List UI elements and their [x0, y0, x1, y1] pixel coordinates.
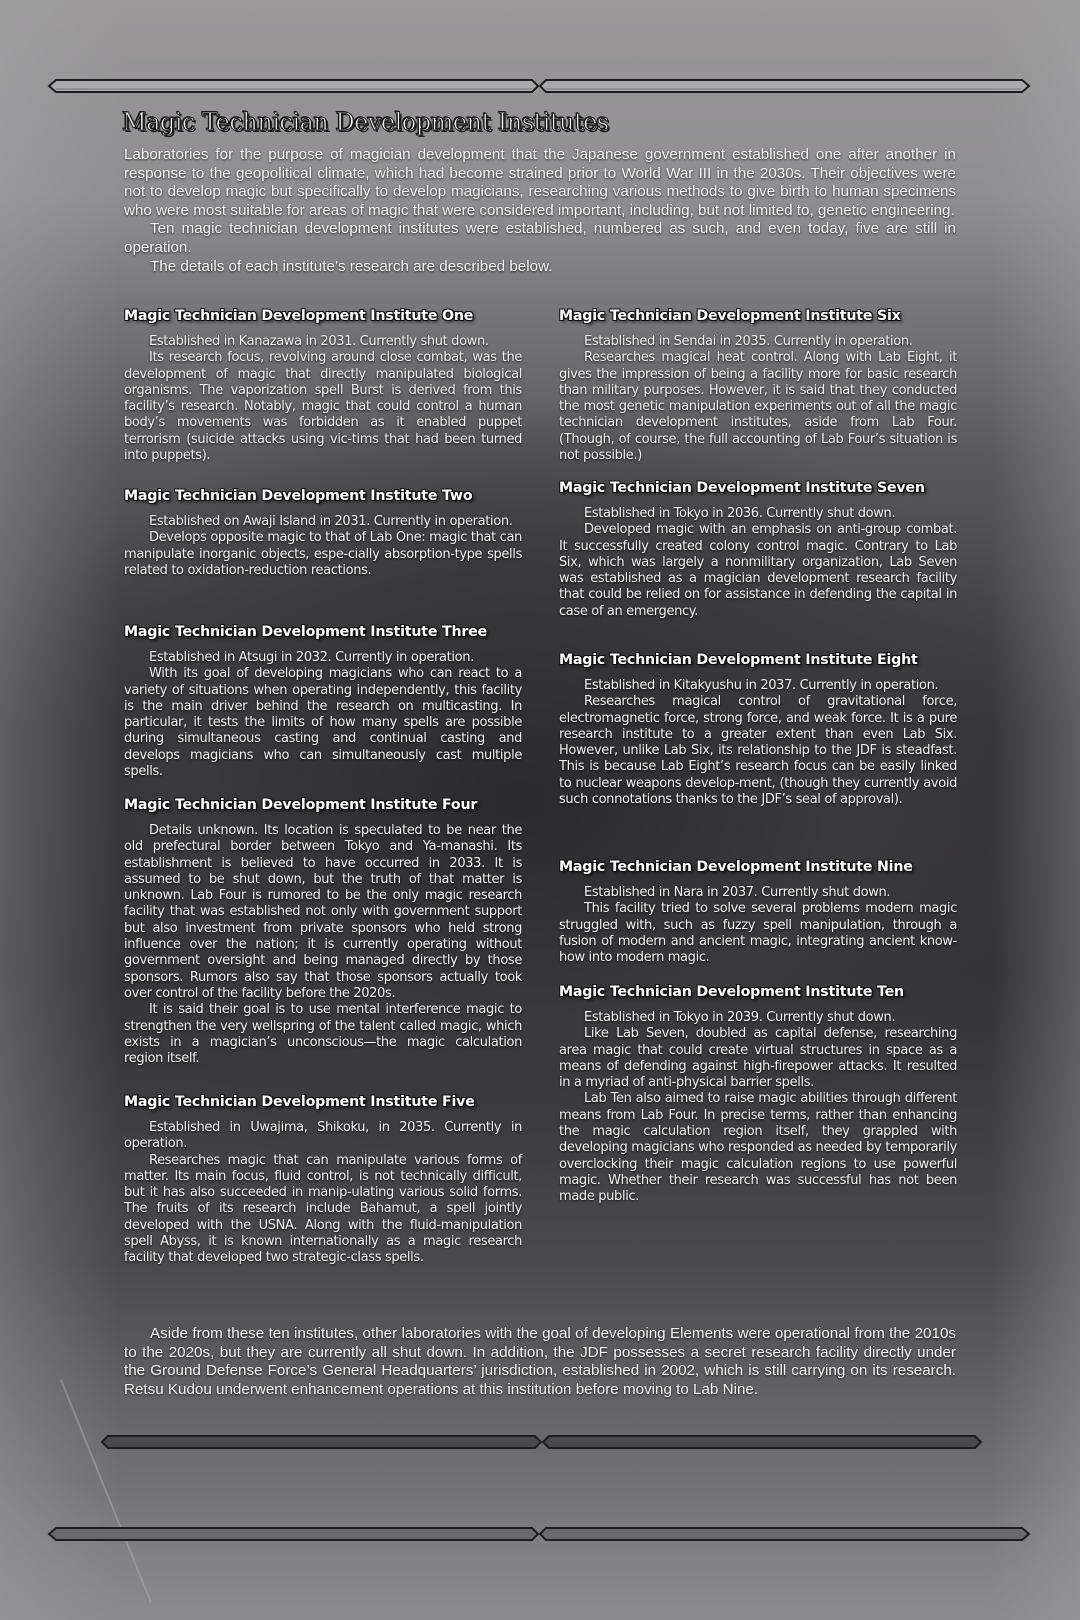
institute-ten: Magic Technician Development Institute T…: [559, 984, 957, 1206]
section-paragraph: It is said their goal is to use mental i…: [124, 1002, 522, 1067]
right-column: Magic Technician Development Institute S…: [559, 308, 957, 1206]
section-paragraph: Established in Nara in 2037. Currently s…: [559, 885, 957, 901]
intro-paragraph: Ten magic technician development institu…: [124, 220, 956, 257]
section-paragraph: Established in Tokyo in 2036. Currently …: [559, 506, 957, 522]
ornamental-divider-top: [44, 79, 1034, 93]
section-paragraph: Established in Kitakyushu in 2037. Curre…: [559, 678, 957, 694]
section-paragraph: Established in Sendai in 2035. Currently…: [559, 334, 957, 350]
institute-one: Magic Technician Development Institute O…: [124, 308, 522, 488]
left-column: Magic Technician Development Institute O…: [124, 308, 522, 1267]
section-paragraph: Its research focus, revolving around clo…: [124, 350, 522, 464]
intro-text: Laboratories for the purpose of magician…: [124, 146, 956, 276]
section-paragraph: Researches magical control of gravitatio…: [559, 694, 957, 808]
section-heading: Magic Technician Development Institute T…: [124, 488, 522, 504]
section-paragraph: Develops opposite magic to that of Lab O…: [124, 530, 522, 579]
background-light-streak-right: [990, 0, 1080, 1620]
section-paragraph: Like Lab Seven, doubled as capital defen…: [559, 1026, 957, 1091]
institute-seven: Magic Technician Development Institute S…: [559, 480, 957, 652]
institute-nine: Magic Technician Development Institute N…: [559, 859, 957, 984]
institute-eight: Magic Technician Development Institute E…: [559, 652, 957, 859]
section-paragraph: Established in Tokyo in 2039. Currently …: [559, 1010, 957, 1026]
section-heading: Magic Technician Development Institute F…: [124, 797, 522, 813]
closing-paragraph: Aside from these ten institutes, other l…: [124, 1325, 956, 1399]
section-heading: Magic Technician Development Institute N…: [559, 859, 957, 875]
section-heading: Magic Technician Development Institute E…: [559, 652, 957, 668]
section-paragraph: Established in Uwajima, Shikoku, in 2035…: [124, 1120, 522, 1153]
intro-paragraph: The details of each institute’s research…: [124, 258, 956, 277]
closing-text: Aside from these ten institutes, other l…: [124, 1325, 956, 1399]
section-heading: Magic Technician Development Institute S…: [559, 480, 957, 496]
section-heading: Magic Technician Development Institute F…: [124, 1094, 522, 1110]
institute-three: Magic Technician Development Institute T…: [124, 624, 522, 797]
institute-five: Magic Technician Development Institute F…: [124, 1094, 522, 1267]
section-heading: Magic Technician Development Institute T…: [124, 624, 522, 640]
institute-six: Magic Technician Development Institute S…: [559, 308, 957, 480]
section-paragraph: This facility tried to solve several pro…: [559, 901, 957, 966]
background-bottom-glow: [0, 1480, 1080, 1620]
section-paragraph: Established in Atsugi in 2032. Currently…: [124, 650, 522, 666]
section-paragraph: Established on Awaji Island in 2031. Cur…: [124, 514, 522, 530]
section-paragraph: Established in Kanazawa in 2031. Current…: [124, 334, 522, 350]
section-paragraph: With its goal of developing magicians wh…: [124, 666, 522, 780]
background-light-ray: [60, 1379, 152, 1602]
section-paragraph: Lab Ten also aimed to raise magic abilit…: [559, 1091, 957, 1205]
section-heading: Magic Technician Development Institute O…: [124, 308, 522, 324]
section-paragraph: Researches magical heat control. Along w…: [559, 350, 957, 464]
section-heading: Magic Technician Development Institute T…: [559, 984, 957, 1000]
ornamental-divider-bottom: [44, 1527, 1034, 1541]
intro-paragraph: Laboratories for the purpose of magician…: [124, 146, 956, 220]
section-paragraph: Researches magic that can manipulate var…: [124, 1153, 522, 1267]
institute-four: Magic Technician Development Institute F…: [124, 797, 522, 1094]
page-title: Magic Technician Development Institutes: [122, 108, 609, 136]
section-paragraph: Developed magic with an emphasis on anti…: [559, 522, 957, 620]
section-heading: Magic Technician Development Institute S…: [559, 308, 957, 324]
background-light-streak-left: [0, 0, 120, 1620]
section-paragraph: Details unknown. Its location is specula…: [124, 823, 522, 1002]
institute-two: Magic Technician Development Institute T…: [124, 488, 522, 624]
ornamental-divider-middle: [98, 1435, 986, 1449]
